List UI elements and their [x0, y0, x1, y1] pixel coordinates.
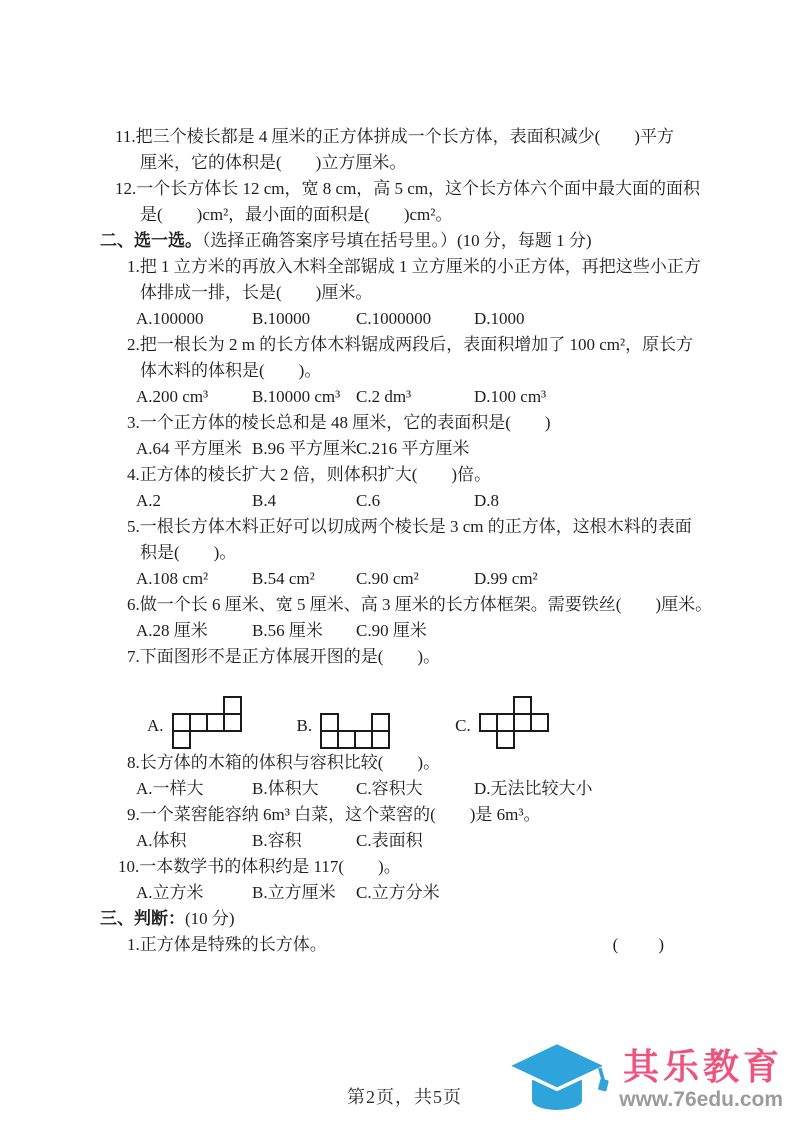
net-square [530, 713, 549, 732]
options-row: A.64 平方厘米B.96 平方厘米C.216 平方厘米 [136, 436, 694, 462]
judge-answer-blank: ( ) [613, 932, 666, 958]
option-C: C.2 dm³ [356, 384, 474, 410]
choice-section-title: 二、选一选。 [100, 231, 202, 250]
question-line: 3.一个正方体的棱长总和是 48 厘米，它的表面积是( ) [127, 410, 694, 436]
option-A: A.28 厘米 [136, 618, 252, 644]
option-B: B.56 厘米 [252, 618, 356, 644]
cube-net-C [479, 696, 549, 749]
question-line: 10.一本数学书的体积约是 117( )。 [118, 854, 694, 880]
question-line: 4.正方体的棱长扩大 2 倍，则体积扩大( )倍。 [127, 462, 694, 488]
option-B: B.立方厘米 [252, 880, 356, 906]
graduation-cap-icon [503, 1038, 611, 1120]
brand-url: www.76edu.com [619, 1088, 783, 1111]
options-row: A.一样大B.体积大C.容积大D.无法比较大小 [136, 776, 694, 802]
option-D: D.无法比较大小 [474, 776, 593, 802]
options-row: A.100000B.10000C.1000000D.1000 [136, 306, 694, 332]
option-B: B.10000 [252, 306, 356, 332]
question-line: 5.一根长方体木料正好可以切成两个棱长是 3 cm 的正方体，这根木料的表面 [127, 514, 694, 540]
page-number: 第2页，共5页 [347, 1083, 462, 1109]
options-row: A.2B.4C.6D.8 [136, 488, 694, 514]
options-row: A.体积B.容积C.表面积 [136, 828, 694, 854]
net-square [496, 730, 515, 749]
q7-nets-row: A.B.C. [100, 671, 694, 749]
brand-name: 其乐教育 [623, 1047, 783, 1087]
exam-page: 11.把三个棱长都是 4 厘米的正方体拼成一个长方体，表面积减少( )平方厘米，… [0, 0, 793, 1122]
judge-item-text: 1.正方体是特殊的长方体。 [127, 932, 327, 958]
option-D: D.99 cm² [474, 566, 538, 592]
question-line: 9.一个菜窖能容纳 6m³ 白菜，这个菜窖的( )是 6m³。 [127, 802, 694, 828]
brand-text-block: 其乐教育 www.76edu.com [619, 1047, 783, 1112]
question-line: 1.把 1 立方米的再放入木料全部锯成 1 立方厘米的小正方体，再把这些小正方 [127, 254, 694, 280]
net-square [223, 713, 242, 732]
option-C: C.6 [356, 488, 474, 514]
exam-content: 11.把三个棱长都是 4 厘米的正方体拼成一个长方体，表面积减少( )平方厘米，… [100, 124, 694, 958]
choice-section-heading: 二、选一选。（选择正确答案序号填在括号里。）(10 分，每题 1 分) [100, 228, 694, 254]
section-judge: 三、判断：(10 分) 1.正方体是特殊的长方体。 ( ) [100, 906, 694, 958]
question-line: 体木料的体积是( )。 [140, 358, 694, 384]
question-line: 积是( )。 [140, 540, 694, 566]
option-D: D.8 [474, 488, 499, 514]
fill-blank-line: 厘米，它的体积是( )立方厘米。 [140, 150, 694, 176]
net-option-label: B. [297, 713, 313, 739]
option-B: B.96 平方厘米 [252, 436, 356, 462]
option-A: A.立方米 [136, 880, 252, 906]
option-A: A.一样大 [136, 776, 252, 802]
net-square [172, 730, 191, 749]
option-C: C.90 cm² [356, 566, 474, 592]
option-B: B.容积 [252, 828, 356, 854]
option-D: D.100 cm³ [474, 384, 546, 410]
option-B: B.54 cm² [252, 566, 356, 592]
judge-section-title: 三、判断： [100, 909, 185, 928]
question-line: 6.做一个长 6 厘米、宽 5 厘米、高 3 厘米的长方体框架。需要铁丝( )厘… [127, 592, 694, 618]
option-C: C.90 厘米 [356, 618, 474, 644]
option-C: C.表面积 [356, 828, 474, 854]
option-C: C.立方分米 [356, 880, 474, 906]
brand-logo: 其乐教育 www.76edu.com [503, 1038, 783, 1120]
choice-questions: 1.把 1 立方米的再放入木料全部锯成 1 立方厘米的小正方体，再把这些小正方体… [100, 254, 694, 906]
option-C: C.1000000 [356, 306, 474, 332]
question-line: 体排成一排，长是( )厘米。 [140, 280, 694, 306]
option-A: A.100000 [136, 306, 252, 332]
option-D: D.1000 [474, 306, 525, 332]
section-fill-blanks: 11.把三个棱长都是 4 厘米的正方体拼成一个长方体，表面积减少( )平方厘米，… [100, 124, 694, 228]
option-C: C.216 平方厘米 [356, 436, 474, 462]
fill-blank-line: 是( )cm²，最小面的面积是( )cm²。 [140, 202, 694, 228]
judge-item: 1.正方体是特殊的长方体。 ( ) [100, 932, 694, 958]
option-C: C.容积大 [356, 776, 474, 802]
cube-net-A [172, 696, 242, 749]
options-row: A.立方米B.立方厘米C.立方分米 [136, 880, 694, 906]
options-row: A.200 cm³B.10000 cm³C.2 dm³D.100 cm³ [136, 384, 694, 410]
net-option-label: A. [147, 713, 164, 739]
section-choice: 二、选一选。（选择正确答案序号填在括号里。）(10 分，每题 1 分) 1.把 … [100, 228, 694, 906]
fill-blank-line: 11.把三个棱长都是 4 厘米的正方体拼成一个长方体，表面积减少( )平方 [115, 124, 694, 150]
fill-blank-items: 11.把三个棱长都是 4 厘米的正方体拼成一个长方体，表面积减少( )平方厘米，… [100, 124, 694, 228]
net-square [371, 730, 390, 749]
option-A: A.200 cm³ [136, 384, 252, 410]
cube-net-B [320, 713, 390, 749]
fill-blank-line: 12.一个长方体长 12 cm，宽 8 cm，高 5 cm，这个长方体六个面中最… [115, 176, 694, 202]
choice-section-note: （选择正确答案序号填在括号里。）(10 分，每题 1 分) [202, 231, 592, 250]
option-A: A.64 平方厘米 [136, 436, 252, 462]
net-option-label: C. [455, 713, 471, 739]
option-B: B.4 [252, 488, 356, 514]
judge-section-note: (10 分) [185, 909, 235, 928]
question-line: 7.下面图形不是正方体展开图的是( )。 [127, 644, 694, 670]
option-A: A.108 cm² [136, 566, 252, 592]
question-line: 8.长方体的木箱的体积与容积比较( )。 [127, 750, 694, 776]
options-row: A.108 cm²B.54 cm²C.90 cm²D.99 cm² [136, 566, 694, 592]
judge-section-heading: 三、判断：(10 分) [100, 906, 694, 932]
question-line: 2.把一根长为 2 m 的长方体木料锯成两段后，表面积增加了 100 cm²，原… [127, 332, 694, 358]
option-A: A.体积 [136, 828, 252, 854]
option-B: B.体积大 [252, 776, 356, 802]
option-A: A.2 [136, 488, 252, 514]
option-B: B.10000 cm³ [252, 384, 356, 410]
options-row: A.28 厘米B.56 厘米C.90 厘米 [136, 618, 694, 644]
